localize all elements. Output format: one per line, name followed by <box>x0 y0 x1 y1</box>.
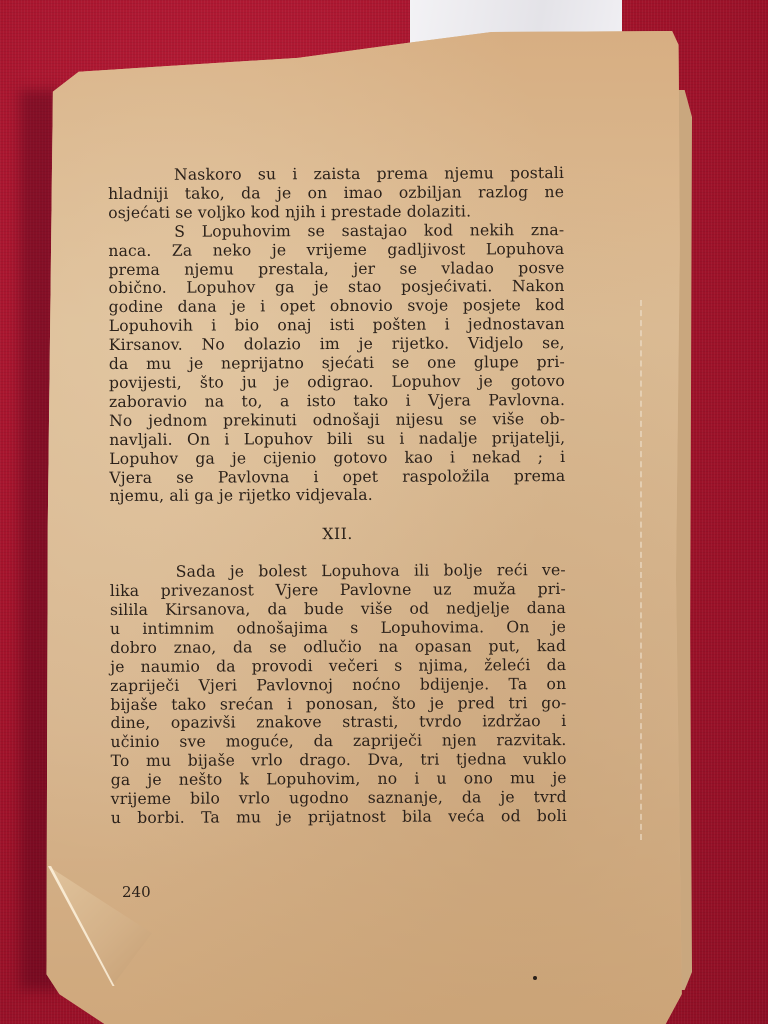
text-line: dine, opazivši znakove strasti, tvrdo iz… <box>110 712 566 733</box>
page-number: 240 <box>122 883 151 901</box>
text-line: godine dana je i opet obnovio svoje posj… <box>109 296 565 317</box>
torn-page-edge <box>640 300 666 840</box>
text-line: To mu bijaše vrlo drago. Dva, tri tjedna… <box>111 750 567 771</box>
text-line: obično. Lopuhov ga je stao posjećivati. … <box>108 277 564 298</box>
text-line: S Lopuhovim se sastajao kod nekih zna- <box>108 221 564 242</box>
text-line: učinio sve moguće, da zapriječi njen raz… <box>110 731 566 752</box>
text-line: prema njemu prestala, jer se vladao posv… <box>108 259 564 280</box>
text-line: Sada je bolest Lopuhova ili bolje reći v… <box>110 561 566 582</box>
text-line: Naskoro su i zaista prema njemu postali <box>108 164 564 185</box>
text-line: No jednom prekinuti odnošaji nijesu se v… <box>109 410 565 431</box>
paragraph-3: Sada je bolest Lopuhova ili bolje reći v… <box>110 561 567 828</box>
text-line: Lopuhovih i bio onaj isti pošten i jedno… <box>109 315 565 336</box>
paragraph-2: S Lopuhovim se sastajao kod nekih zna- n… <box>108 221 565 507</box>
paper-speck <box>533 976 537 980</box>
text-line: silila Kirsanova, da bude više od nedjel… <box>110 599 566 620</box>
chapter-heading: XII. <box>110 524 566 545</box>
text-line: u borbi. Ta mu je prijatnost bila veća o… <box>111 807 567 828</box>
text-line: naca. Za neko je vrijeme gadljivost Lopu… <box>108 240 564 261</box>
text-line: Vjera se Pavlovna i opet raspoložila pre… <box>109 467 565 488</box>
text-line: navljali. On i Lopuhov bili su i nadalje… <box>109 429 565 450</box>
text-line: Lopuhov ga je cijenio gotovo kao i nekad… <box>109 448 565 469</box>
text-line: osjećati se voljko kod njih i prestade d… <box>108 202 564 223</box>
text-line: u intimnim odnošajima s Lopuhovima. On j… <box>110 618 566 639</box>
text-line: hladniji tako, da je on imao ozbiljan ra… <box>108 183 564 204</box>
page-text: Naskoro su i zaista prema njemu postali … <box>108 164 567 828</box>
text-line: zaboravio na to, a isto tako i Vjera Pav… <box>109 391 565 412</box>
text-line: je naumio da provodi večeri s njima, žel… <box>110 656 566 677</box>
text-line: povijesti, što ju je odigrao. Lopuhov je… <box>109 372 565 393</box>
text-line: ga je nešto k Lopuhovim, no i u ono mu j… <box>111 769 567 790</box>
paragraph-1: Naskoro su i zaista prema njemu postali … <box>108 164 564 223</box>
text-line: dobro znao, da se odlučio na opasan put,… <box>110 637 566 658</box>
text-line: da mu je neprijatno sjećati se one glupe… <box>109 353 565 374</box>
text-line: bijaše tako srećan i ponosan, što je pre… <box>110 694 566 715</box>
text-line: Kirsanov. No dolazio im je rijetko. Vidj… <box>109 334 565 355</box>
text-line: njemu, ali ga je rijetko vidjevala. <box>109 485 565 506</box>
text-line: zapriječi Vjeri Pavlovnoj noćno bdijenje… <box>110 675 566 696</box>
text-line: vrijeme bilo vrlo ugodno saznanje, da je… <box>111 788 567 809</box>
text-line: lika privezanost Vjere Pavlovne uz muža … <box>110 580 566 601</box>
